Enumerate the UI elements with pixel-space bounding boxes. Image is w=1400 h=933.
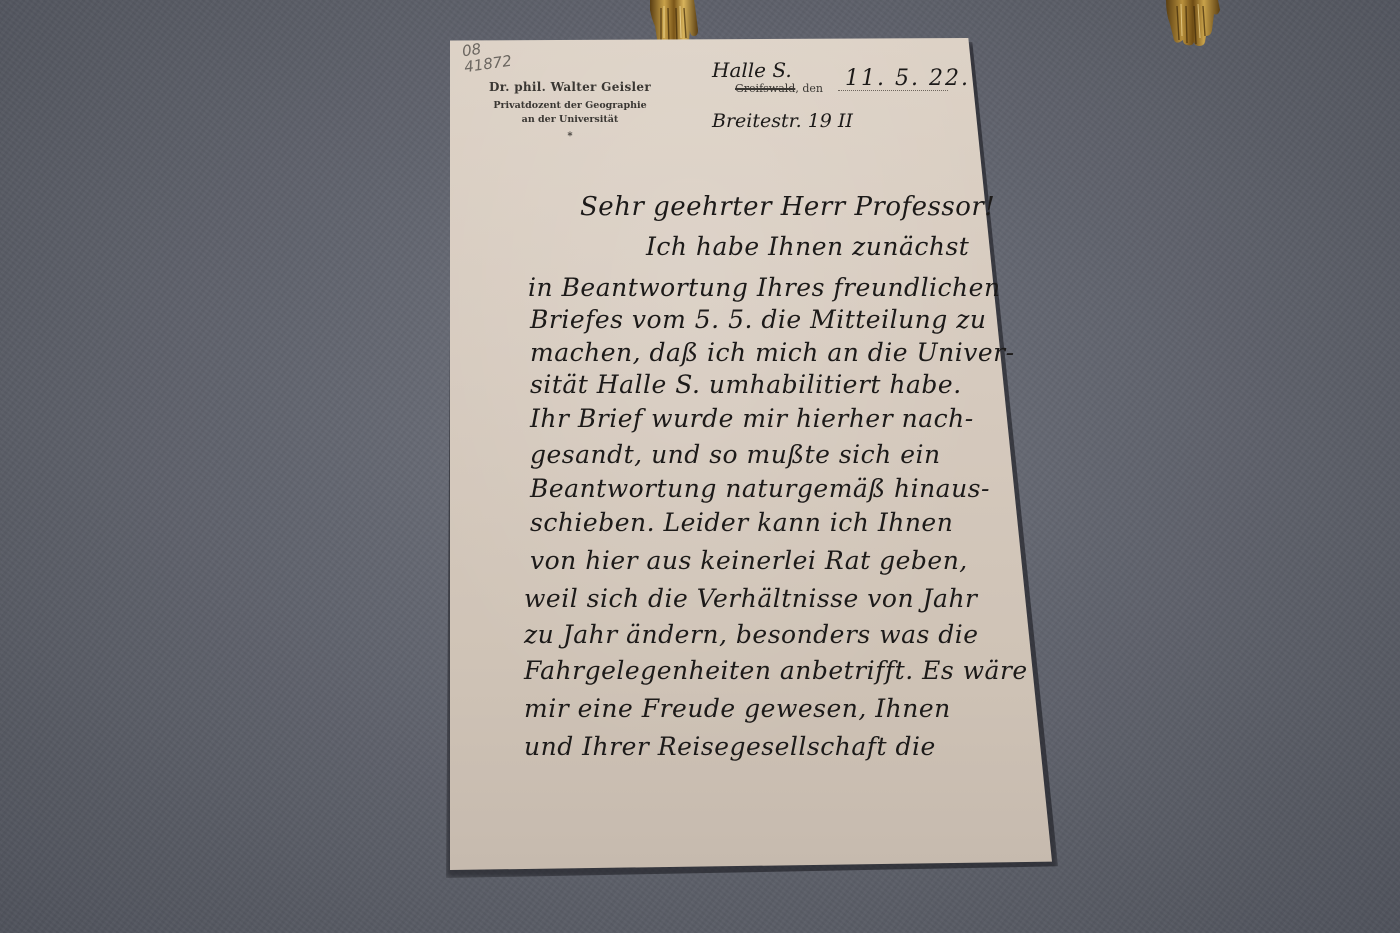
letter-line: sität Halle S. umhabilitiert habe. (530, 370, 962, 399)
struck-place: Greifswald (735, 82, 795, 95)
letterhead-ornament: * (470, 131, 670, 142)
archive-number: 08 41872 (461, 37, 513, 75)
letter-line: und Ihrer Reisegesellschaft die (524, 732, 936, 761)
den-label: , den (795, 82, 823, 95)
letter-line: schieben. Leider kann ich Ihnen (530, 508, 953, 537)
letterhead-institution: an der Universität (470, 114, 670, 125)
letter-line: Beantwortung naturgemäß hinaus- (530, 474, 990, 503)
letter-line: Briefes vom 5. 5. die Mitteilung zu (530, 305, 987, 334)
letter-line: Ihr Brief wurde mir hierher nach- (530, 404, 974, 433)
date-dotted-line (838, 90, 948, 91)
letter-line: mir eine Freude gewesen, Ihnen (524, 694, 951, 723)
letter-line: machen, daß ich mich an die Univer- (530, 338, 1015, 367)
letter-date: 11. 5. 22. (845, 66, 970, 91)
brass-hand-clip-right (1160, 0, 1224, 46)
place-handwritten: Halle S. (712, 58, 792, 82)
brass-hand-clip-left (640, 0, 704, 46)
letter-line: weil sich die Verhältnisse von Jahr (524, 584, 978, 613)
letter-line: in Beantwortung Ihres freundlichen (528, 273, 1001, 302)
letter-line: Ich habe Ihnen zunächst (646, 232, 969, 261)
letterhead: Dr. phil. Walter Geisler Privatdozent de… (470, 80, 670, 142)
salutation: Sehr geehrter Herr Professor! (580, 192, 995, 222)
letter-line: zu Jahr ändern, besonders was die (524, 620, 979, 649)
printed-place-line: Greifswald, den (735, 82, 823, 95)
letter-line: gesandt, und so mußte sich ein (530, 440, 941, 469)
letter-line: von hier aus keinerlei Rat geben, (530, 546, 968, 575)
letterhead-name: Dr. phil. Walter Geisler (470, 80, 670, 94)
street-address: Breitestr. 19 II (712, 110, 853, 132)
letterhead-title: Privatdozent der Geographie (470, 100, 670, 111)
letter-line: Fahrgelegenheiten anbetrifft. Es wäre (524, 656, 1028, 685)
